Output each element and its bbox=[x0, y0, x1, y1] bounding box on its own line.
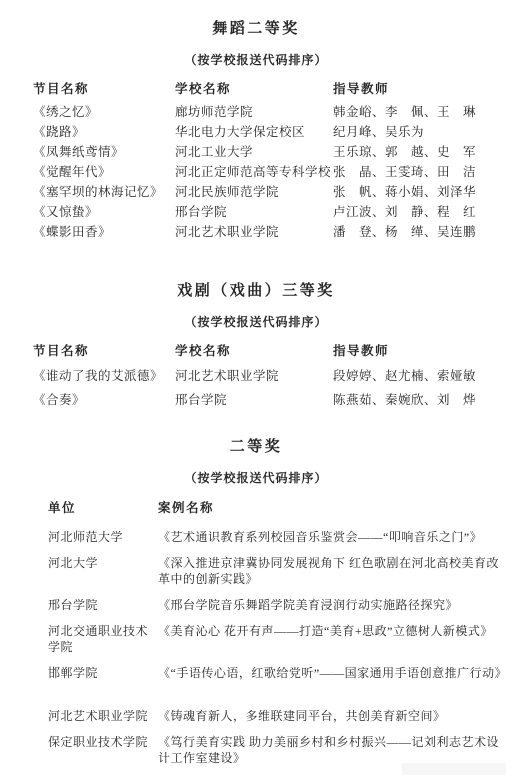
case-table-header: 单位 案例名称 bbox=[48, 498, 502, 516]
section-title: 舞蹈二等奖 bbox=[0, 0, 512, 38]
award-table: 节目名称 学校名称 指导教师 《绣之忆》 廊坊师范学院 韩金峪、李 佩、王 琳 … bbox=[33, 68, 506, 242]
case-cell: 《铸魂育新人，多维联建同平台，共创美育新空间》 bbox=[158, 708, 502, 724]
column-header-program: 节目名称 bbox=[33, 68, 175, 102]
case-row: 邯郸学院 《“手语传心语，红歌给党听”——国家通用手语创意推广行动》 bbox=[48, 665, 502, 681]
column-header-school: 学校名称 bbox=[175, 68, 333, 102]
case-cell: 《艺术通识教育系列校园音乐鉴赏会——“叩响音乐之门”》 bbox=[158, 529, 502, 545]
program-cell: 《蝶影田香》 bbox=[33, 222, 175, 242]
section-subtitle: （按学校报送代码排序） bbox=[0, 51, 512, 68]
school-cell: 华北电力大学保定校区 bbox=[175, 122, 333, 142]
section-title: 戏剧（戏曲）三等奖 bbox=[0, 279, 512, 300]
case-row: 河北大学 《深入推进京津冀协同发展视角下 红色歌剧在河北高校美育改革中的创新实践… bbox=[48, 555, 502, 587]
section-drama-third-prize: 戏剧（戏曲）三等奖 （按学校报送代码排序） 节目名称 学校名称 指导教师 《谁动… bbox=[0, 279, 512, 412]
case-row: 河北师范大学 《艺术通识教育系列校园音乐鉴赏会——“叩响音乐之门”》 bbox=[48, 529, 502, 545]
section-case-second-prize: 二等奖 （按学校报送代码排序） 单位 案例名称 河北师范大学 《艺术通识教育系列… bbox=[0, 435, 512, 766]
teachers-cell: 韩金峪、李 佩、王 琳 bbox=[333, 102, 506, 122]
school-cell: 河北艺术职业学院 bbox=[175, 222, 333, 242]
unit-cell: 邢台学院 bbox=[48, 597, 158, 613]
school-cell: 邢台学院 bbox=[175, 388, 333, 412]
scan-watermark bbox=[402, 763, 506, 775]
case-cell: 《深入推进京津冀协同发展视角下 红色歌剧在河北高校美育改革中的创新实践》 bbox=[158, 555, 502, 587]
case-cell: 《美育沁心 花开有声——打造“美育+思政”立德树人新模式》 bbox=[158, 623, 502, 655]
column-header-teachers: 指导教师 bbox=[333, 330, 506, 364]
teachers-cell: 陈燕茹、秦婉欣、刘 烨 bbox=[333, 388, 506, 412]
section-subtitle: （按学校报送代码排序） bbox=[0, 469, 512, 486]
teachers-cell: 段婷婷、赵尤楠、索娅敏 bbox=[333, 364, 506, 388]
program-cell: 《跷路》 bbox=[33, 122, 175, 142]
case-row: 河北艺术职业学院 《铸魂育新人，多维联建同平台，共创美育新空间》 bbox=[48, 708, 502, 724]
unit-cell: 河北大学 bbox=[48, 555, 158, 587]
teachers-cell: 纪月峰、吴乐为 bbox=[333, 122, 506, 142]
teachers-cell: 张 晶、王雯琦、田 洁 bbox=[333, 162, 506, 182]
program-cell: 《塞罕坝的林海记忆》 bbox=[33, 182, 175, 202]
unit-cell: 河北师范大学 bbox=[48, 529, 158, 545]
award-table: 节目名称 学校名称 指导教师 《谁动了我的艾派德》 河北艺术职业学院 段婷婷、赵… bbox=[33, 330, 506, 412]
teachers-cell: 潘 登、杨 缂、吴连鹏 bbox=[333, 222, 506, 242]
program-cell: 《合奏》 bbox=[33, 388, 175, 412]
case-cell: 《邢台学院音乐舞蹈学院美育浸润行动实施路径探究》 bbox=[158, 597, 502, 613]
school-cell: 河北民族师范学院 bbox=[175, 182, 333, 202]
program-cell: 《凤舞纸鸢情》 bbox=[33, 142, 175, 162]
case-cell: 《笃行美育实践 助力美丽乡村和乡村振兴——记刘利志艺术设计工作室建设》 bbox=[158, 734, 502, 766]
column-header-teachers: 指导教师 bbox=[333, 68, 506, 102]
unit-cell: 保定职业技术学院 bbox=[48, 734, 158, 766]
school-cell: 邢台学院 bbox=[175, 202, 333, 222]
section-title: 二等奖 bbox=[0, 435, 512, 456]
column-header-school: 学校名称 bbox=[175, 330, 333, 364]
program-cell: 《谁动了我的艾派德》 bbox=[33, 364, 175, 388]
unit-cell: 邯郸学院 bbox=[48, 665, 158, 681]
school-cell: 河北工业大学 bbox=[175, 142, 333, 162]
program-cell: 《又惊蛰》 bbox=[33, 202, 175, 222]
column-header-unit: 单位 bbox=[48, 498, 158, 516]
column-header-program: 节目名称 bbox=[33, 330, 175, 364]
case-row: 保定职业技术学院 《笃行美育实践 助力美丽乡村和乡村振兴——记刘利志艺术设计工作… bbox=[48, 734, 502, 766]
case-table: 单位 案例名称 河北师范大学 《艺术通识教育系列校园音乐鉴赏会——“叩响音乐之门… bbox=[48, 498, 502, 766]
program-cell: 《绣之忆》 bbox=[33, 102, 175, 122]
section-dance-second-prize: 舞蹈二等奖 （按学校报送代码排序） 节目名称 学校名称 指导教师 《绣之忆》 廊… bbox=[0, 0, 512, 242]
program-cell: 《觉醒年代》 bbox=[33, 162, 175, 182]
column-header-case: 案例名称 bbox=[158, 498, 502, 516]
unit-cell: 河北交通职业技术学院 bbox=[48, 623, 158, 655]
case-cell: 《“手语传心语，红歌给党听”——国家通用手语创意推广行动》 bbox=[158, 665, 502, 681]
section-subtitle: （按学校报送代码排序） bbox=[0, 313, 512, 330]
school-cell: 河北艺术职业学院 bbox=[175, 364, 333, 388]
teachers-cell: 张 帆、蒋小娟、刘泽华 bbox=[333, 182, 506, 202]
school-cell: 河北正定师范高等专科学校 bbox=[175, 162, 333, 182]
school-cell: 廊坊师范学院 bbox=[175, 102, 333, 122]
case-row: 邢台学院 《邢台学院音乐舞蹈学院美育浸润行动实施路径探究》 bbox=[48, 597, 502, 613]
teachers-cell: 王乐琼、郭 越、史 军 bbox=[333, 142, 506, 162]
teachers-cell: 卢江波、刘 静、程 红 bbox=[333, 202, 506, 222]
case-row: 河北交通职业技术学院 《美育沁心 花开有声——打造“美育+思政”立德树人新模式》 bbox=[48, 623, 502, 655]
unit-cell: 河北艺术职业学院 bbox=[48, 708, 158, 724]
document-page: 舞蹈二等奖 （按学校报送代码排序） 节目名称 学校名称 指导教师 《绣之忆》 廊… bbox=[0, 0, 512, 782]
